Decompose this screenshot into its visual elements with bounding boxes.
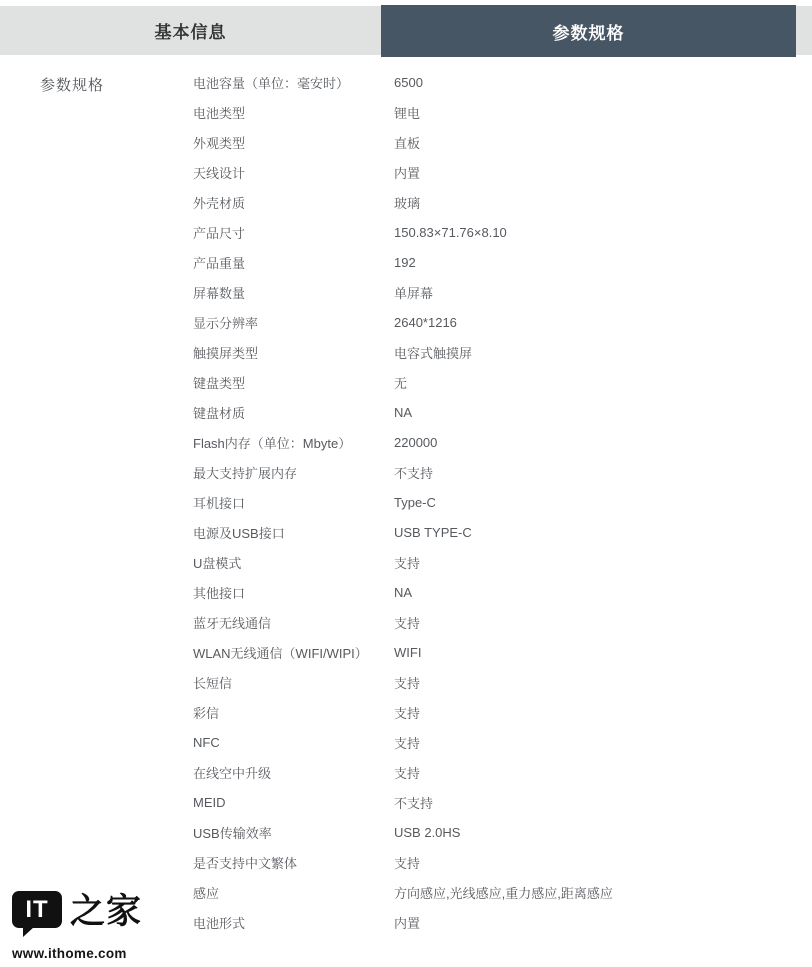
ithome-logo-it-text: IT xyxy=(25,896,48,924)
spec-label: 是否支持中文繁体 xyxy=(193,853,394,872)
spec-value: 支持 xyxy=(394,763,420,782)
spec-label: 电池容量（单位：毫安时） xyxy=(193,73,394,92)
spec-label: 屏幕数量 xyxy=(193,283,394,302)
spec-label: 耳机接口 xyxy=(193,493,394,512)
spec-value: USB TYPE-C xyxy=(394,525,472,540)
tab-specs-label: 参数规格 xyxy=(553,19,625,44)
spec-value: 方向感应,光线感应,重力感应,距离感应 xyxy=(394,883,613,902)
spec-label: 触摸屏类型 xyxy=(193,343,394,362)
spec-value: 玻璃 xyxy=(394,193,420,212)
spec-row: 耳机接口 Type-C xyxy=(193,487,793,517)
spec-row: 最大支持扩展内存 不支持 xyxy=(193,457,793,487)
tab-bar: 基本信息 参数规格 xyxy=(0,6,812,55)
spec-row: 彩信 支持 xyxy=(193,697,793,727)
spec-value: 无 xyxy=(394,373,407,392)
spec-value: 支持 xyxy=(394,853,420,872)
spec-row: USB传输效率 USB 2.0HS xyxy=(193,817,793,847)
spec-value: 支持 xyxy=(394,673,420,692)
tab-bar-spacer xyxy=(796,6,812,55)
spec-value: 电容式触摸屏 xyxy=(394,343,472,362)
spec-label: 显示分辨率 xyxy=(193,313,394,332)
spec-value: 锂电 xyxy=(394,103,420,122)
spec-row: MEID 不支持 xyxy=(193,787,793,817)
spec-row: 感应 方向感应,光线感应,重力感应,距离感应 xyxy=(193,877,793,907)
spec-label: 电池类型 xyxy=(193,103,394,122)
spec-value: Type-C xyxy=(394,495,436,510)
tab-basic-info-label: 基本信息 xyxy=(155,18,227,43)
spec-label: 外壳材质 xyxy=(193,193,394,212)
spec-row: 电池容量（单位：毫安时） 6500 xyxy=(193,67,793,97)
spec-label: 电源及USB接口 xyxy=(193,523,394,542)
spec-label: 感应 xyxy=(193,883,394,902)
speech-bubble-tail-icon xyxy=(23,927,34,937)
spec-row: 产品重量 192 xyxy=(193,247,793,277)
spec-row: 外壳材质 玻璃 xyxy=(193,187,793,217)
spec-value: 150.83×71.76×8.10 xyxy=(394,225,507,240)
spec-value: 220000 xyxy=(394,435,437,450)
tab-specs[interactable]: 参数规格 xyxy=(381,5,796,57)
spec-label: 在线空中升级 xyxy=(193,763,394,782)
spec-row: NFC 支持 xyxy=(193,727,793,757)
spec-row: 天线设计 内置 xyxy=(193,157,793,187)
spec-label: 最大支持扩展内存 xyxy=(193,463,394,482)
spec-value: 192 xyxy=(394,255,416,270)
spec-label: Flash内存（单位：Mbyte） xyxy=(193,433,394,452)
spec-row: U盘模式 支持 xyxy=(193,547,793,577)
ithome-logo: IT 之家 xyxy=(12,891,142,937)
tab-basic-info[interactable]: 基本信息 xyxy=(0,6,381,55)
spec-label: 彩信 xyxy=(193,703,394,722)
spec-label: 电池形式 xyxy=(193,913,394,932)
spec-label: 键盘类型 xyxy=(193,373,394,392)
spec-row: 外观类型 直板 xyxy=(193,127,793,157)
spec-value: 内置 xyxy=(394,163,420,182)
ithome-website-text: www.ithome.com xyxy=(12,946,142,961)
spec-label: 长短信 xyxy=(193,673,394,692)
spec-value: 支持 xyxy=(394,703,420,722)
spec-label: MEID xyxy=(193,795,394,810)
spec-label: U盘模式 xyxy=(193,553,394,572)
spec-value: NA xyxy=(394,585,412,600)
footer-watermark: IT 之家 www.ithome.com xyxy=(12,891,142,961)
spec-row: 电源及USB接口 USB TYPE-C xyxy=(193,517,793,547)
spec-row: Flash内存（单位：Mbyte） 220000 xyxy=(193,427,793,457)
spec-row: 键盘类型 无 xyxy=(193,367,793,397)
spec-label: WLAN无线通信（WIFI/WIPI） xyxy=(193,643,394,662)
spec-value: NA xyxy=(394,405,412,420)
spec-value: 单屏幕 xyxy=(394,283,433,302)
ithome-logo-bubble-icon: IT xyxy=(12,891,62,928)
spec-label: 蓝牙无线通信 xyxy=(193,613,394,632)
spec-label: 产品尺寸 xyxy=(193,223,394,242)
spec-label: NFC xyxy=(193,735,394,750)
spec-value: 支持 xyxy=(394,553,420,572)
spec-value: 2640*1216 xyxy=(394,315,457,330)
spec-value: WIFI xyxy=(394,645,421,660)
spec-row: 键盘材质 NA xyxy=(193,397,793,427)
spec-value: 支持 xyxy=(394,733,420,752)
spec-row: WLAN无线通信（WIFI/WIPI） WIFI xyxy=(193,637,793,667)
spec-row: 产品尺寸 150.83×71.76×8.10 xyxy=(193,217,793,247)
spec-row: 长短信 支持 xyxy=(193,667,793,697)
spec-label: 产品重量 xyxy=(193,253,394,272)
spec-value: USB 2.0HS xyxy=(394,825,460,840)
spec-value: 不支持 xyxy=(394,793,433,812)
spec-value: 6500 xyxy=(394,75,423,90)
spec-row: 触摸屏类型 电容式触摸屏 xyxy=(193,337,793,367)
spec-row: 显示分辨率 2640*1216 xyxy=(193,307,793,337)
spec-row: 其他接口 NA xyxy=(193,577,793,607)
spec-value: 直板 xyxy=(394,133,420,152)
spec-label: 天线设计 xyxy=(193,163,394,182)
spec-label: 外观类型 xyxy=(193,133,394,152)
section-title: 参数规格 xyxy=(40,74,104,95)
spec-label: USB传输效率 xyxy=(193,823,394,842)
spec-label: 其他接口 xyxy=(193,583,394,602)
spec-value: 支持 xyxy=(394,613,420,632)
spec-row: 在线空中升级 支持 xyxy=(193,757,793,787)
spec-label: 键盘材质 xyxy=(193,403,394,422)
spec-row: 屏幕数量 单屏幕 xyxy=(193,277,793,307)
spec-value: 内置 xyxy=(394,913,420,932)
spec-table: 电池容量（单位：毫安时） 6500 电池类型 锂电 外观类型 直板 天线设计 内… xyxy=(193,67,793,937)
spec-value: 不支持 xyxy=(394,463,433,482)
spec-row: 电池类型 锂电 xyxy=(193,97,793,127)
spec-row: 是否支持中文繁体 支持 xyxy=(193,847,793,877)
spec-row: 电池形式 内置 xyxy=(193,907,793,937)
ithome-logo-cn-text: 之家 xyxy=(70,891,142,933)
spec-row: 蓝牙无线通信 支持 xyxy=(193,607,793,637)
